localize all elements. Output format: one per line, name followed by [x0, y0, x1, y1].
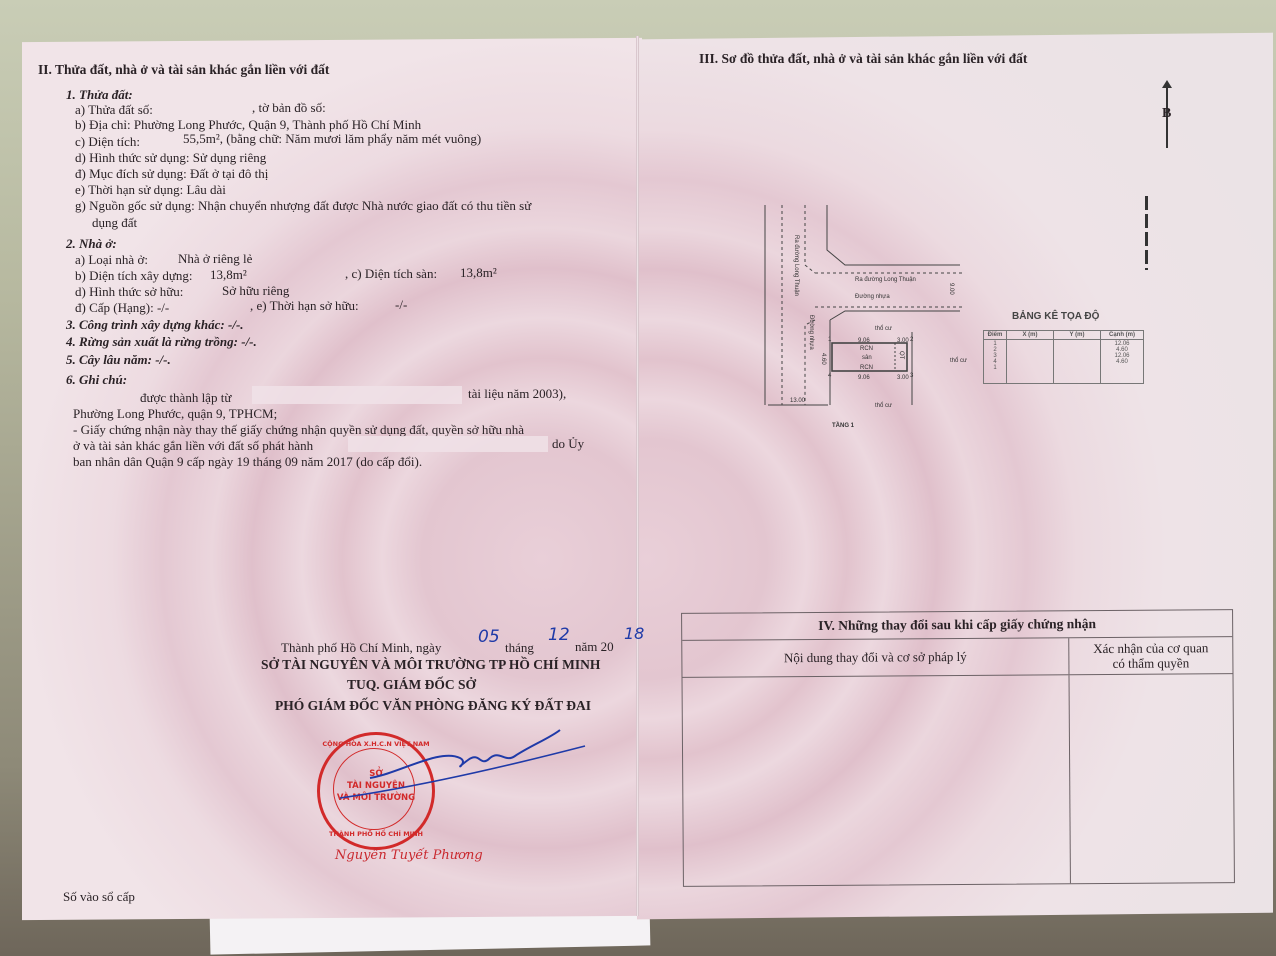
land-use-form: d) Hình thức sử dụng: Sử dụng riêng [75, 150, 266, 165]
svg-text:Ra đường Long Thuận: Ra đường Long Thuận [793, 235, 799, 296]
y-column [1054, 340, 1101, 384]
sign-tuq: TUQ. GIÁM ĐỐC SỞ [347, 677, 476, 692]
svg-text:TẦNG 1: TẦNG 1 [832, 422, 855, 429]
changes-title: IV. Những thay đổi sau khi cấp giấy chứn… [682, 610, 1232, 641]
svg-text:9.06: 9.06 [858, 375, 870, 381]
forest: 4. Rừng sản xuất là rừng trồng: -/-. [66, 334, 257, 349]
sign-title: PHÓ GIÁM ĐỐC VĂN PHÒNG ĐĂNG KÝ ĐẤT ĐAI [275, 698, 591, 713]
page-fold [636, 36, 639, 916]
house-type-label: a) Loại nhà ở: [75, 252, 148, 267]
scale-bar-icon [1145, 196, 1148, 270]
notes-line5: ban nhân dân Quận 9 cấp ngày 19 tháng 09… [73, 454, 422, 469]
handwritten-signature [330, 718, 590, 808]
x-column [1007, 340, 1054, 384]
sign-day: 05 [478, 630, 500, 645]
changes-col-confirm: Xác nhận của cơ quan có thẩm quyền [1069, 637, 1232, 674]
svg-text:4.60: 4.60 [820, 353, 826, 365]
house-floor-area-value: 13,8m² [460, 265, 497, 280]
changes-header-row: Nội dung thay đổi và cơ sở pháp lý Xác n… [682, 637, 1232, 678]
section-title-ii: II. Thửa đất, nhà ở và tài sản khác gắn … [38, 62, 329, 77]
house-ownership-label: d) Hình thức sở hữu: [75, 284, 183, 299]
coord-table: Điểm X (m) Y (m) Cạnh (m) 1 2 3 4 1 12.0… [983, 330, 1144, 384]
svg-text:sân: sân [862, 355, 872, 361]
house-term-label: , e) Thời hạn sở hữu: [250, 298, 359, 313]
svg-text:4: 4 [828, 373, 832, 379]
svg-text:RCN: RCN [860, 346, 873, 352]
notes-line4b: do Ủy [552, 436, 584, 451]
land-address: b) Địa chỉ: Phường Long Phước, Quận 9, T… [75, 117, 421, 132]
svg-text:2: 2 [910, 337, 914, 343]
sign-month-label: tháng [505, 640, 534, 655]
land-parcel-number: a) Thửa đất số: [75, 102, 153, 117]
other-works: 3. Công trình xây dựng khác: -/-. [66, 317, 244, 332]
notes-line2: Phường Long Phước, quận 9, TPHCM; [73, 406, 277, 421]
changes-body-confirm [1069, 674, 1233, 883]
svg-text:9.06: 9.06 [858, 338, 870, 344]
changes-body-content [683, 675, 1071, 886]
col-header: Cạnh (m) [1101, 331, 1144, 340]
notes-line1a: được thành lập từ [140, 390, 231, 405]
house-ownership-value: Sở hữu riêng [222, 283, 289, 298]
land-map-number: , tờ bản đồ số: [252, 100, 326, 115]
changes-col-content: Nội dung thay đổi và cơ sở pháp lý [682, 638, 1069, 677]
svg-text:Đường nhựa: Đường nhựa [808, 315, 814, 350]
edge-column: 12.06 4.60 12.06 4.60 [1101, 340, 1144, 384]
svg-text:13.00: 13.00 [790, 398, 806, 404]
register-label: Số vào sổ cấp [63, 889, 135, 904]
changes-table: IV. Những thay đổi sau khi cấp giấy chứn… [681, 609, 1235, 887]
coord-table-title: BẢNG KÊ TỌA ĐỘ [1012, 311, 1099, 322]
changes-body-row [683, 674, 1234, 886]
land-use-term: e) Thời hạn sử dụng: Lâu dài [75, 182, 226, 197]
svg-text:ỌT: ỌT [898, 351, 904, 360]
svg-text:thổ cư: thổ cư [875, 402, 892, 409]
svg-text:Đường nhựa: Đường nhựa [855, 294, 890, 300]
svg-text:1: 1 [828, 337, 832, 343]
svg-text:thổ cư: thổ cư [950, 357, 967, 364]
svg-text:3.00: 3.00 [897, 338, 909, 344]
notes-line3: - Giấy chứng nhận này thay thế giấy chứn… [73, 422, 524, 437]
house-term-value: -/- [395, 297, 407, 312]
redacted-area [348, 436, 548, 452]
perennial-trees: 5. Cây lâu năm: -/-. [66, 352, 171, 367]
house-floor-area-label: , c) Diện tích sàn: [345, 266, 437, 281]
col-header: X (m) [1007, 331, 1054, 340]
sign-month: 12 [548, 628, 570, 643]
land-area-label: c) Diện tích: [75, 134, 140, 149]
sign-year-label: năm 20 [575, 639, 614, 654]
notes-line4a: ở và tài sản khác gắn liền với đất số ph… [73, 438, 313, 453]
svg-text:9.00: 9.00 [948, 283, 954, 295]
signer-name: Nguyễn Tuyết Phương [335, 848, 483, 863]
sign-org: SỞ TÀI NGUYÊN VÀ MÔI TRƯỜNG TP HỒ CHÍ MI… [261, 657, 600, 672]
north-label: B [1162, 106, 1171, 122]
svg-text:Ra đường Long Thuận: Ra đường Long Thuận [855, 277, 916, 283]
house-build-area-label: b) Diện tích xây dựng: [75, 268, 193, 283]
stamp-bottom-text: THÀNH PHỐ HỒ CHÍ MINH [320, 829, 432, 839]
svg-text:3: 3 [910, 373, 914, 379]
land-origin-cont: dụng đất [92, 215, 137, 230]
house-type-value: Nhà ở riêng lẻ [178, 251, 252, 266]
sign-date-prefix: Thành phố Hồ Chí Minh, ngày [281, 640, 441, 655]
col-header: Điểm [984, 331, 1007, 340]
house-build-area-value: 13,8m² [210, 267, 247, 282]
land-heading: 1. Thửa đất: [66, 87, 133, 102]
land-use-purpose: đ) Mục đích sử dụng: Đất ở tại đô thị [75, 166, 268, 181]
col-header: Y (m) [1054, 331, 1101, 340]
land-origin: g) Nguồn gốc sử dụng: Nhận chuyển nhượng… [75, 198, 531, 213]
svg-text:3.00: 3.00 [897, 375, 909, 381]
sign-year-suffix: 18 [624, 626, 644, 641]
land-area-value: 55,5m², (bằng chữ: Năm mươi lăm phẩy năm… [183, 131, 481, 146]
svg-text:thổ cư: thổ cư [875, 325, 892, 332]
house-grade: đ) Cấp (Hạng): -/- [75, 300, 169, 315]
point-column: 1 2 3 4 1 [984, 340, 1007, 384]
svg-text:RCN: RCN [860, 365, 873, 371]
notes-line1b: tài liệu năm 2003), [468, 386, 566, 401]
notes-heading: 6. Ghi chú: [66, 372, 127, 387]
house-heading: 2. Nhà ở: [66, 236, 117, 251]
parcel-diagram: Ra đường Long Thuận Đường nhựa Ra đường … [760, 195, 985, 435]
redacted-area [252, 386, 462, 404]
section-title-iii: III. Sơ đồ thửa đất, nhà ở và tài sản kh… [699, 51, 1027, 66]
